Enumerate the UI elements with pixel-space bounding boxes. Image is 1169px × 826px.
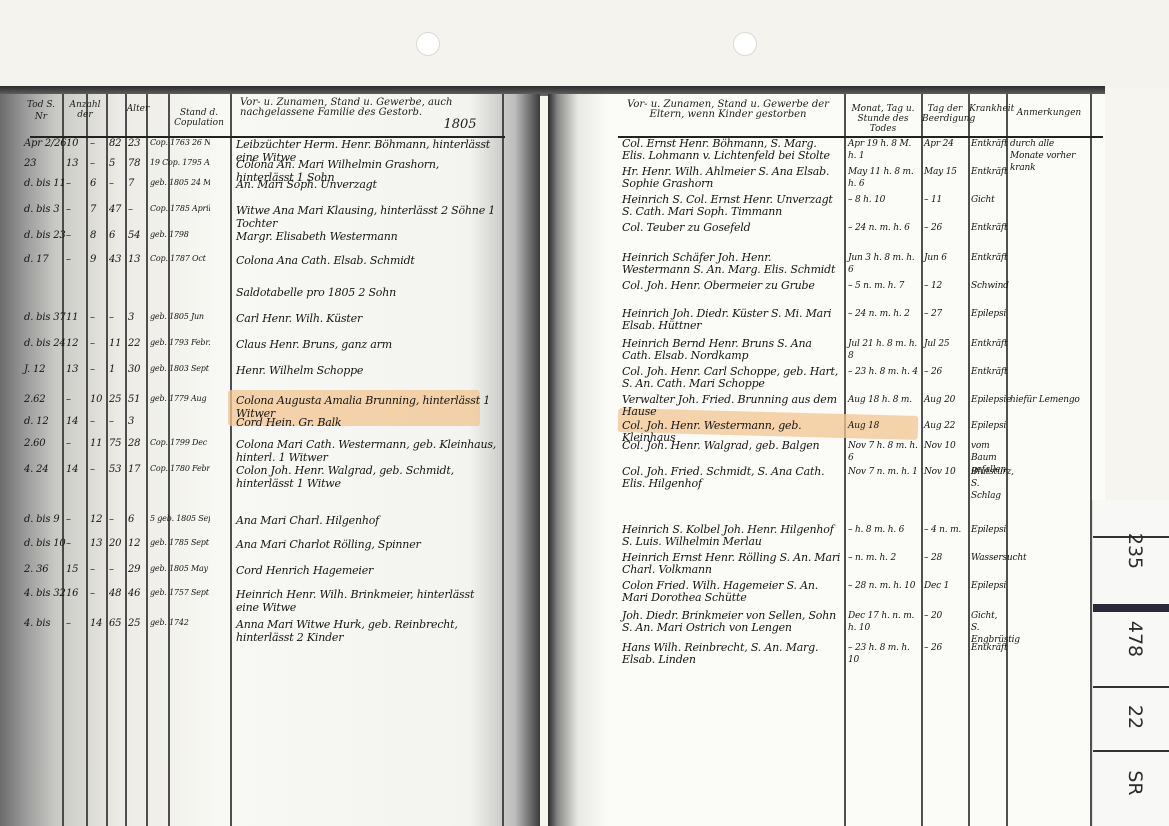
row-copulation: geb. 1785 Sept	[150, 538, 210, 547]
row-copulation: Cop. 1763 26 Nov	[150, 138, 210, 147]
row-burial-date: Aug 22	[924, 420, 968, 432]
row-death-time: – n. m. h. 2	[848, 552, 920, 564]
row-name: Colona Mari Cath. Westermann, geb. Klein…	[236, 438, 498, 464]
header-status: Stand d. Copulation	[170, 108, 228, 128]
row-name: Cord Henrich Hagemeier	[236, 564, 498, 577]
row-count: –	[90, 364, 95, 375]
row-burial-date: – 11	[924, 194, 968, 206]
row-parents: Colon Fried. Wilh. Hagemeier S. An. Mari…	[622, 580, 842, 604]
row-nr: –	[66, 618, 71, 629]
row-age-months: 6	[128, 514, 134, 525]
row-death-time: – h. 8 m. h. 6	[848, 524, 920, 536]
row-date: 4. 24	[24, 464, 48, 475]
row-nr: –	[66, 538, 71, 549]
punch-hole	[416, 32, 440, 56]
row-burial-date: – 26	[924, 222, 968, 234]
row-count: 13	[90, 538, 102, 549]
row-date: d. bis 10	[24, 538, 66, 549]
row-burial-date: Aug 20	[924, 394, 968, 406]
row-death-time: Nov 7 n. m. h. 1	[848, 466, 920, 478]
row-copulation: Cop. 1787 Oct	[150, 254, 210, 263]
row-burial-date: May 15	[924, 166, 968, 178]
row-age-years: 6	[109, 230, 115, 241]
row-count: 12	[90, 514, 102, 525]
header-date: Tod S.	[20, 100, 62, 110]
row-date: 4. bis	[24, 618, 50, 629]
row-date: d. bis 24	[24, 338, 66, 349]
row-age-years: 25	[109, 394, 121, 405]
row-nr: 11	[66, 312, 78, 323]
row-parents: Col. Ernst Henr. Böhmann, S. Marg. Elis.…	[622, 138, 842, 162]
row-cause: Epilepsi	[971, 524, 1007, 536]
row-count: –	[90, 138, 95, 149]
row-date: 23	[24, 158, 36, 169]
row-date: 2.60	[24, 438, 45, 449]
row-cause: Gicht	[971, 194, 1007, 206]
row-cause: Entkräft	[971, 642, 1007, 654]
row-age-months: 13	[128, 254, 140, 265]
row-date: 4. bis 32	[24, 588, 66, 599]
row-age-years: –	[109, 564, 114, 575]
row-death-time: Jun 3 h. 8 m. h. 6	[848, 252, 920, 276]
row-cause: Gicht, S. Engbrüstig	[971, 610, 1007, 646]
register-right-page: Vor- u. Zunamen, Stand u. Gewerbe der El…	[548, 94, 1105, 826]
row-name: Carl Henr. Wilh. Küster	[236, 312, 498, 325]
row-count: 8	[90, 230, 96, 241]
row-death-time: May 11 h. 8 m. h. 6	[848, 166, 920, 190]
header-cause: Krankheit	[969, 104, 1006, 114]
row-copulation: 19 Cop. 1795 April	[150, 158, 210, 167]
header-death: Monat, Tag u. Stunde des Todes	[846, 104, 920, 134]
row-cause: Epilepsie	[971, 394, 1007, 406]
row-age-months: 23	[128, 138, 140, 149]
row-parents: Heinrich Schäfer Joh. Henr. Westermann S…	[622, 252, 842, 276]
row-burial-date: – 26	[924, 642, 968, 654]
row-nr: 14	[66, 416, 78, 427]
row-age-years: 43	[109, 254, 121, 265]
row-count: –	[90, 588, 95, 599]
row-nr: 16	[66, 588, 78, 599]
header-names: Vor- u. Zunamen, Stand u. Gewerbe, auch …	[240, 98, 500, 118]
row-name: Witwe Ana Mari Klausing, hinterlässt 2 S…	[236, 204, 498, 230]
row-burial-date: – 4 n. m.	[924, 524, 968, 536]
row-date: 2. 36	[24, 564, 48, 575]
row-age-months: 54	[128, 230, 140, 241]
row-name: Saldotabelle pro 1805 2 Sohn	[236, 286, 498, 299]
row-death-time: – 23 h. 8 m. h. 10	[848, 642, 920, 666]
row-parents: Heinrich S. Col. Ernst Henr. Unverzagt S…	[622, 194, 842, 218]
row-cause: Epilepsi	[971, 308, 1007, 320]
row-copulation: Cop. 1780 Febr	[150, 464, 210, 473]
row-age-years: 75	[109, 438, 121, 449]
row-copulation: Cop. 1799 Dec	[150, 438, 210, 447]
row-date: 2.62	[24, 394, 45, 405]
row-nr: 13	[66, 364, 78, 375]
row-age-years: –	[109, 514, 114, 525]
row-age-months: 51	[128, 394, 140, 405]
row-death-time: – 23 h. 8 m. h. 4	[848, 366, 920, 378]
row-nr: 10	[66, 138, 78, 149]
row-death-time: – 24 n. m. h. 6	[848, 222, 920, 234]
row-name: Margr. Elisabeth Westermann	[236, 230, 498, 243]
row-copulation: geb. 1803 Sept	[150, 364, 210, 373]
scanner-margin	[0, 0, 1169, 88]
row-cause: Blutsturz, S. Schlag	[971, 466, 1007, 502]
row-age-months: –	[128, 204, 133, 215]
row-cause: Entkräft	[971, 366, 1007, 378]
row-name: Heinrich Henr. Wilh. Brinkmeier, hinterl…	[236, 588, 498, 614]
row-death-time: Aug 18 h. 8 m.	[848, 394, 920, 406]
row-age-years: 11	[109, 338, 121, 349]
row-parents: Heinrich S. Kolbel Joh. Henr. Hilgenhof …	[622, 524, 842, 548]
row-burial-date: Jul 25	[924, 338, 968, 350]
row-count: –	[90, 564, 95, 575]
row-age-months: 46	[128, 588, 140, 599]
row-cause: Entkräft	[971, 338, 1007, 350]
row-parents: Col. Joh. Fried. Schmidt, S. Ana Cath. E…	[622, 466, 842, 490]
row-burial-date: Dec 1	[924, 580, 968, 592]
index-label: 22	[1124, 697, 1146, 737]
row-parents: Joh. Diedr. Brinkmeier von Sellen, Sohn …	[622, 610, 842, 634]
row-death-time: Dec 17 h. n. m. h. 10	[848, 610, 920, 634]
row-age-years: 65	[109, 618, 121, 629]
row-count: 14	[90, 618, 102, 629]
row-age-months: 7	[128, 178, 134, 189]
row-cause: Entkräft	[971, 222, 1007, 234]
header-nr: Nr	[20, 112, 62, 122]
row-cause: Wassersucht	[971, 552, 1007, 564]
row-age-years: 20	[109, 538, 121, 549]
row-nr: 12	[66, 338, 78, 349]
row-name: Claus Henr. Bruns, ganz arm	[236, 338, 498, 351]
row-count: 9	[90, 254, 96, 265]
row-nr: –	[66, 204, 71, 215]
row-nr: –	[66, 230, 71, 241]
row-date: d. bis 23	[24, 230, 66, 241]
row-age-years: 5	[109, 158, 115, 169]
row-name: An. Mari Soph. Unverzagt	[236, 178, 498, 191]
row-remarks: durch alle Monate vorher krank	[1010, 138, 1090, 174]
row-death-time: – 5 n. m. h. 7	[848, 280, 920, 292]
row-death-time: – 28 n. m. h. 10	[848, 580, 920, 592]
row-parents: Hans Wilh. Reinbrecht, S. An. Marg. Elsa…	[622, 642, 842, 666]
row-copulation: geb. 1779 Aug	[150, 394, 210, 403]
header-age: Alter	[108, 104, 168, 114]
row-count: 10	[90, 394, 102, 405]
header-parents: Vor- u. Zunamen, Stand u. Gewerbe der El…	[618, 100, 838, 120]
row-nr: –	[66, 438, 71, 449]
archive-index-tab: 235 478 22 SR	[1092, 500, 1169, 826]
row-nr: –	[66, 254, 71, 265]
row-age-years: 53	[109, 464, 121, 475]
row-nr: 15	[66, 564, 78, 575]
row-date: d. bis 37	[24, 312, 66, 323]
row-burial-date: – 28	[924, 552, 968, 564]
row-age-months: 17	[128, 464, 140, 475]
row-cause: Schwind	[971, 280, 1007, 292]
row-death-time: Jul 21 h. 8 m. h. 8	[848, 338, 920, 362]
row-date: d. bis 3	[24, 204, 59, 215]
row-nr: –	[66, 178, 71, 189]
row-parents: Heinrich Ernst Henr. Rölling S. An. Mari…	[622, 552, 842, 576]
row-date: J. 12	[24, 364, 45, 375]
row-nr: –	[66, 394, 71, 405]
row-age-months: 12	[128, 538, 140, 549]
index-label: 478	[1124, 619, 1146, 659]
row-count: 7	[90, 204, 96, 215]
row-copulation: geb. 1757 Sept	[150, 588, 210, 597]
row-name: Anna Mari Witwe Hurk, geb. Reinbrecht, h…	[236, 618, 498, 644]
row-copulation: geb. 1798	[150, 230, 210, 239]
row-count: –	[90, 464, 95, 475]
row-cause: Entkräft	[971, 166, 1007, 178]
row-burial-date: Apr 24	[924, 138, 968, 150]
row-burial-date: Nov 10	[924, 440, 968, 452]
row-name: Colon Joh. Henr. Walgrad, geb. Schmidt, …	[236, 464, 498, 490]
row-name: Cord Hein. Gr. Balk	[236, 416, 498, 429]
row-burial-date: – 12	[924, 280, 968, 292]
row-copulation: geb. 1805 24 May	[150, 178, 210, 187]
row-death-time: Aug 18	[848, 420, 920, 432]
row-cause: Epilepsi	[971, 580, 1007, 592]
row-age-months: 29	[128, 564, 140, 575]
row-parents: Heinrich Bernd Henr. Bruns S. Ana Cath. …	[622, 338, 842, 362]
index-label: 235	[1124, 531, 1146, 571]
row-copulation: geb. 1793 Febr.	[150, 338, 210, 347]
row-age-years: –	[109, 312, 114, 323]
row-parents: Col. Joh. Henr. Carl Schoppe, geb. Hart,…	[622, 366, 842, 390]
row-parents: Hr. Henr. Wilh. Ahlmeier S. Ana Elsab. S…	[622, 166, 842, 190]
header-year: 1805	[440, 120, 480, 130]
row-date: d. bis 11	[24, 178, 66, 189]
row-cause: Epilepsi	[971, 420, 1007, 432]
row-parents: Col. Joh. Henr. Walgrad, geb. Balgen	[622, 440, 842, 452]
row-count: –	[90, 158, 95, 169]
row-date: Apr 2/26	[24, 138, 66, 149]
row-age-years: –	[109, 416, 114, 427]
row-age-months: 30	[128, 364, 140, 375]
punch-hole	[733, 32, 757, 56]
row-burial-date: Nov 10	[924, 466, 968, 478]
row-death-time: – 24 n. m. h. 2	[848, 308, 920, 320]
row-date: d. 17	[24, 254, 48, 265]
row-age-years: 82	[109, 138, 121, 149]
row-age-years: –	[109, 178, 114, 189]
row-count: 11	[90, 438, 102, 449]
row-cause: Entkräft	[971, 252, 1007, 264]
row-copulation: Cop. 1785 April	[150, 204, 210, 213]
row-name: Henr. Wilhelm Schoppe	[236, 364, 498, 377]
row-copulation: 5 geb. 1805 Sept	[150, 514, 210, 523]
row-age-months: 28	[128, 438, 140, 449]
row-nr: 14	[66, 464, 78, 475]
header-remarks: Anmerkungen	[1010, 108, 1088, 118]
row-count: –	[90, 416, 95, 427]
row-nr: –	[66, 514, 71, 525]
row-death-time: Nov 7 h. 8 m. h. 6	[848, 440, 920, 464]
row-date: d. 12	[24, 416, 48, 427]
row-name: Ana Mari Charlot Rölling, Spinner	[236, 538, 498, 551]
row-age-months: 25	[128, 618, 140, 629]
row-age-months: 78	[128, 158, 140, 169]
row-remarks: hiefür Lemengo	[1010, 394, 1090, 406]
row-parents: Col. Teuber zu Gosefeld	[622, 222, 842, 234]
row-death-time: – 8 h. 10	[848, 194, 920, 206]
row-burial-date: – 27	[924, 308, 968, 320]
row-age-months: 3	[128, 312, 134, 323]
header-count: Anzahl der	[64, 100, 106, 120]
row-parents: Heinrich Joh. Diedr. Küster S. Mi. Mari …	[622, 308, 842, 332]
row-count: 6	[90, 178, 96, 189]
row-age-years: 47	[109, 204, 121, 215]
header-burial: Tag der Beerdigung	[922, 104, 968, 124]
row-age-months: 3	[128, 416, 134, 427]
row-parents: Col. Joh. Henr. Obermeier zu Grube	[622, 280, 842, 292]
register-left-page: Tod S. Nr Anzahl der Alter Stand d. Copu…	[0, 94, 540, 826]
row-burial-date: – 26	[924, 366, 968, 378]
row-age-years: 48	[109, 588, 121, 599]
row-copulation: geb. 1805 Jun	[150, 312, 210, 321]
row-copulation: geb. 1742	[150, 618, 210, 627]
row-name: Colona Ana Cath. Elsab. Schmidt	[236, 254, 498, 267]
row-cause: Entkräft	[971, 138, 1007, 150]
row-age-months: 22	[128, 338, 140, 349]
row-parents: Verwalter Joh. Fried. Brunning aus dem H…	[622, 394, 842, 418]
row-copulation: geb. 1805 May	[150, 564, 210, 573]
row-death-time: Apr 19 h. 8 M. h. 1	[848, 138, 920, 162]
row-burial-date: Jun 6	[924, 252, 968, 264]
row-count: –	[90, 338, 95, 349]
index-label: SR	[1124, 763, 1146, 803]
row-burial-date: – 20	[924, 610, 968, 622]
row-name: Ana Mari Charl. Hilgenhof	[236, 514, 498, 527]
row-nr: 13	[66, 158, 78, 169]
row-date: d. bis 9	[24, 514, 59, 525]
row-age-years: 1	[109, 364, 115, 375]
row-count: –	[90, 312, 95, 323]
